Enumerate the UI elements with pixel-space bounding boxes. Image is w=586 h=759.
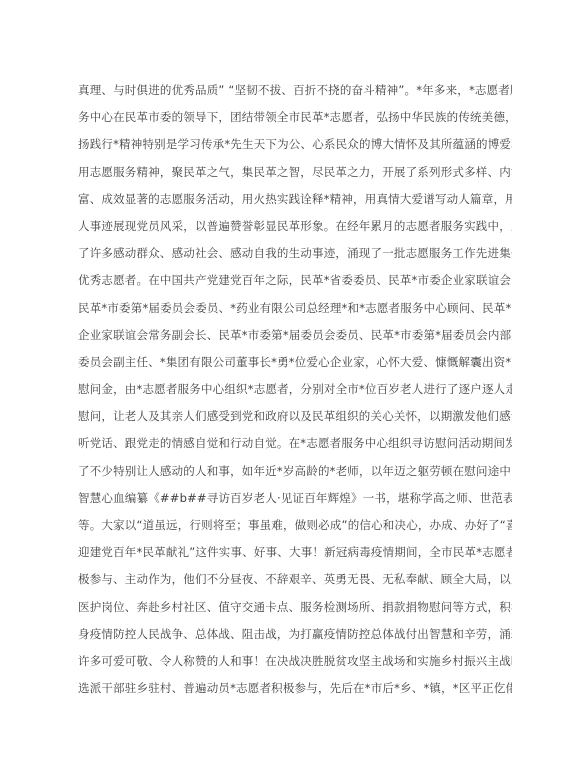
text-line: 身疫情防控人民战争、总体战、阻击战，为打赢疫情防控总体战付出智慧和辛劳，涌现出 <box>78 621 512 648</box>
document-page: 真理、与时俱进的优秀品质” “坚韧不拔、百折不挠的奋斗精神”。*年多来，*志愿者… <box>0 0 586 759</box>
text-line: 极参与、主动作为，他们不分昼夜、不辞艰辛、英勇无畏、无私奉献、顾全大局，以坚守 <box>78 566 512 593</box>
text-line: 许多可爱可敬、令人称赞的人和事！在决战决胜脱贫攻坚主战场和实施乡村振兴主战略中， <box>78 648 512 675</box>
text-line: 委员会副主任、*集团有限公司董事长*勇*位爱心企业家，心怀大爱、慷慨解囊出资*万… <box>78 349 512 376</box>
text-line: 慰问金，由*志愿者服务中心组织*志愿者，分别对全市*位百岁老人进行了逐户逐人走访 <box>78 376 512 403</box>
text-line: 真理、与时俱进的优秀品质” “坚韧不拔、百折不挠的奋斗精神”。*年多来，*志愿者… <box>78 77 512 104</box>
text-line: 迎建党百年*民革献礼”这件实事、好事、大事！新冠病毒疫情期间，全市民革*志愿者积 <box>78 539 512 566</box>
text-line: 优秀志愿者。在中国共产党建党百年之际，民革*省委委员、民革*市委企业家联谊会会长… <box>78 267 512 294</box>
text-line: 企业家联谊会常务副会长、民革*市委第*届委员会委员、民革*市委第*届委员会内部监… <box>78 322 512 349</box>
text-line: 智慧心血编纂《##b##寻访百岁老人·见证百年辉煌》一书，堪称学高之师、世范表率… <box>78 485 512 512</box>
text-line: 用志愿服务精神，聚民革之气，集民革之智，尽民革之力，开展了系列形式多样、内容丰 <box>78 159 512 186</box>
text-line: 富、成效显著的志愿服务活动，用火热实践诠释*精神，用真情大爱谱写动人篇章，用感 <box>78 186 512 213</box>
text-line: 扬践行*精神特别是学习传承*先生天下为公、心系民众的博大情怀及其所蕴涵的博爱精神… <box>78 131 512 158</box>
text-line: 人事迹展现党员风采，以普遍赞誉彰显民革形象。在经年累月的志愿者服务实践中，发生 <box>78 213 512 240</box>
text-line: 了不少特别让人感动的人和事，如年近*岁高龄的*老师，以年迈之躯劳顿在慰问途中，用 <box>78 458 512 485</box>
text-line: 慰问，让老人及其亲人们感受到党和政府以及民革组织的关心关怀，以期激发他们感党恩、 <box>78 403 512 430</box>
text-line: 民革*市委第*届委员会委员、*药业有限公司总经理*和*志愿者服务中心顾问、民革*… <box>78 295 512 322</box>
text-line: 听党话、跟党走的情感自觉和行动自觉。在*志愿者服务中心组织寻访慰问活动期间发生 <box>78 430 512 457</box>
text-line: 等。大家以“道虽远，行则将至；事虽难，做则必成”的信心和决心，办成、办好了“喜 <box>78 512 512 539</box>
text-line: 务中心在民革市委的领导下，团结带领全市民革*志愿者，弘扬中华民族的传统美德，弘 <box>78 104 512 131</box>
text-line: 选派干部驻乡驻村、普遍动员*志愿者积极参与，先后在*市后*乡、*镇，*区平正仡佬… <box>78 675 512 702</box>
text-line: 了许多感动群众、感动社会、感动自我的生动事迹，涌现了一批志愿服务工作先进集体和 <box>78 240 512 267</box>
document-text: 真理、与时俱进的优秀品质” “坚韧不拔、百折不挠的奋斗精神”。*年多来，*志愿者… <box>78 77 512 702</box>
text-line: 医护岗位、奔赴乡村社区、值守交通卡点、服务检测场所、捐款捐物慰问等方式，积极投 <box>78 594 512 621</box>
